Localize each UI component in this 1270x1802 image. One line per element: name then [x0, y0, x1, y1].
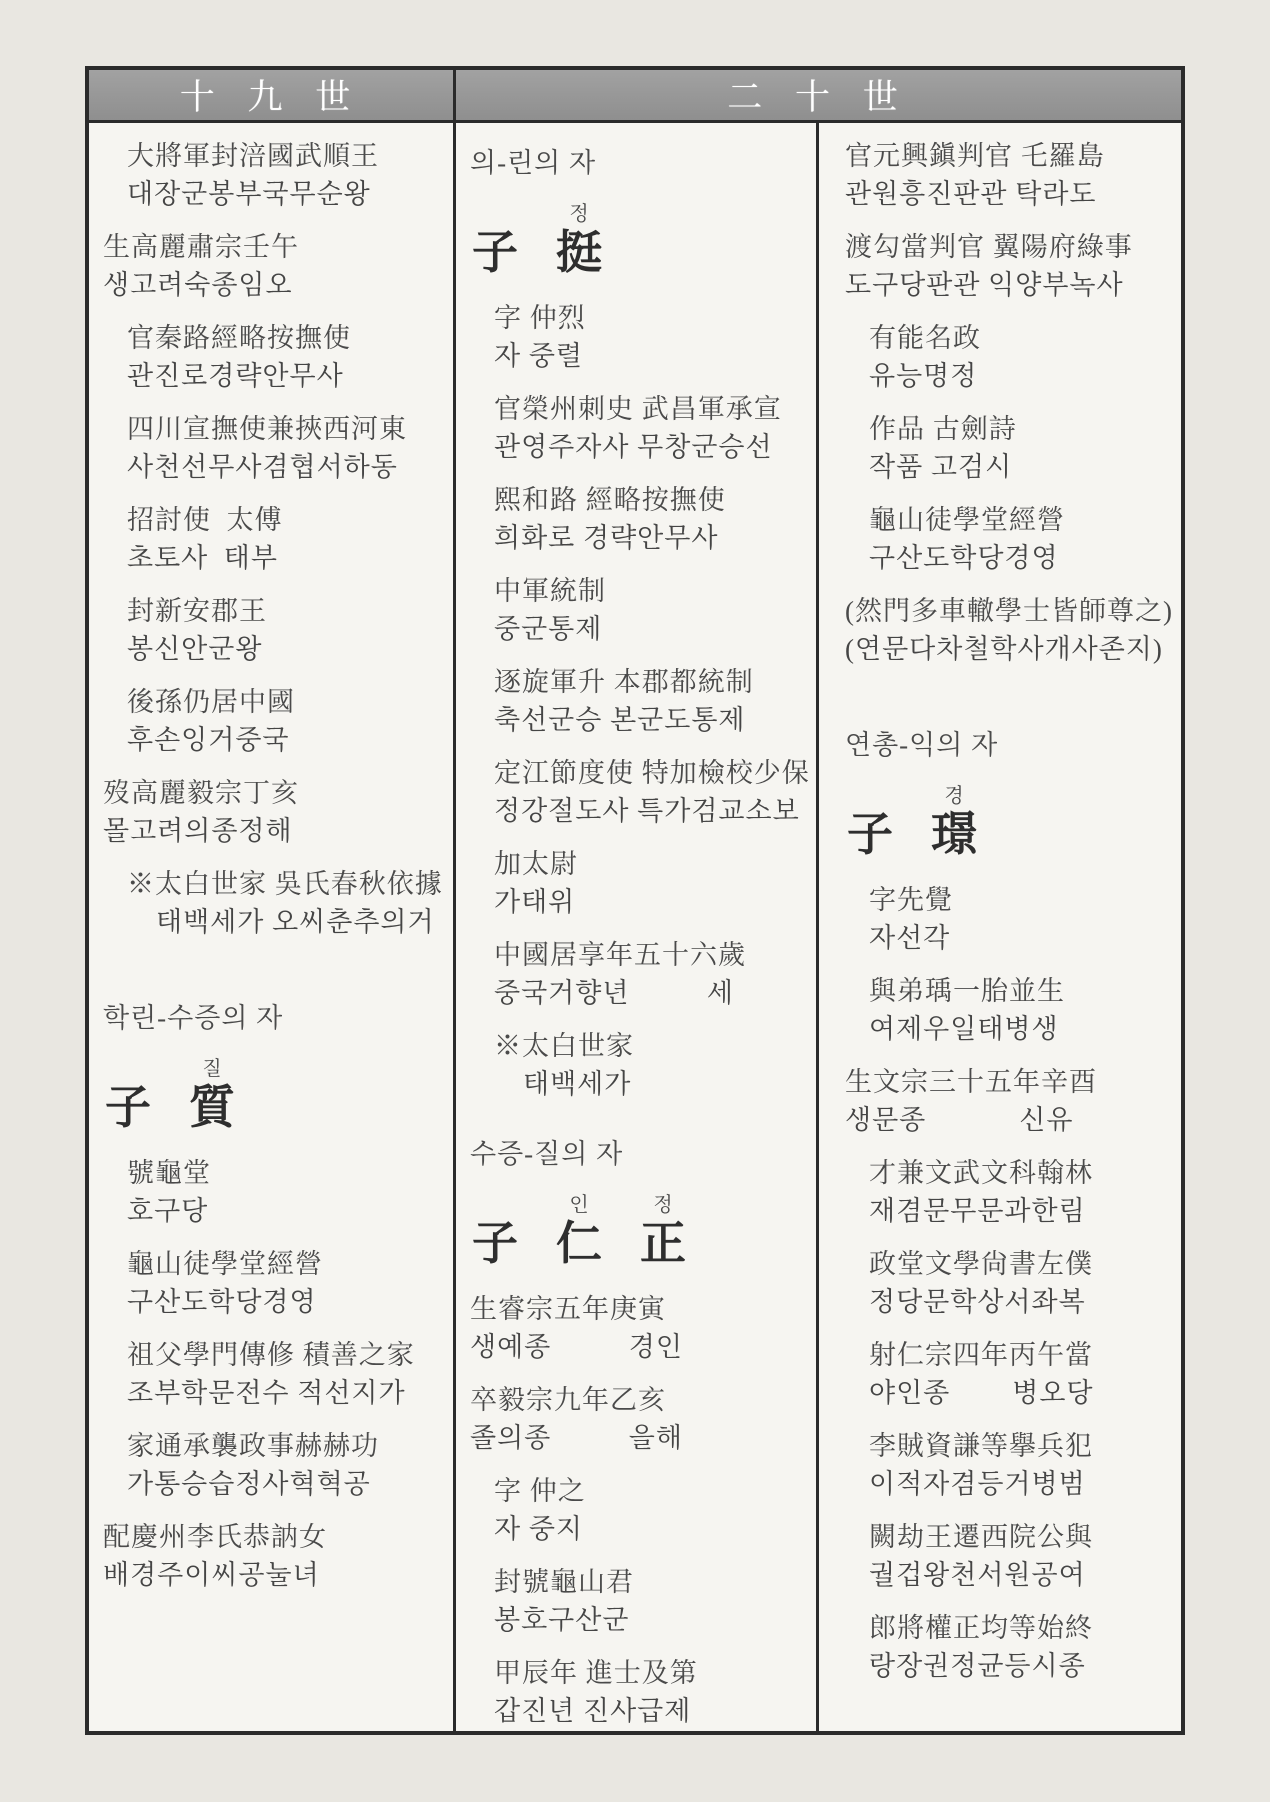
name-segment: 정正: [640, 1192, 686, 1270]
hanja-line: 封號龜山君: [494, 1563, 810, 1601]
scanned-genealogy-page: { "colors":{ "page_bg":"#e9e7e1","paper_…: [0, 0, 1270, 1802]
hanja-line: 渡勾當判官 翼陽府綠事: [845, 228, 1175, 266]
entry: 才兼文武文科翰林재겸문무문과한림: [869, 1154, 1175, 1230]
entry: 字 仲之자 중지: [494, 1472, 810, 1548]
generation-19-header: 十 九 世: [89, 70, 456, 120]
column-generation-20-first: 의-린의 자子정挺字 仲烈자 중렬官榮州刺史 武昌軍承宣관영주자사 무창군승선熙…: [456, 123, 819, 1731]
hanja-line: 家通承襲政事赫赫功: [127, 1427, 447, 1465]
hanja-line: ※太白世家 吳氏春秋依據: [127, 865, 447, 903]
hangul-line: 자선각: [869, 919, 1175, 957]
genealogy-table: 十 九 世 二 十 世 大將軍封涪國武順王대장군봉부국무순왕生高麗肅宗壬午생고려…: [85, 66, 1185, 1735]
name-ruby: 질: [202, 1056, 221, 1082]
entry: 封號龜山君봉호구산군: [494, 1563, 810, 1639]
section-header: 수증-질의 자: [470, 1134, 810, 1174]
hangul-line: 조부학문전수 적선지가: [127, 1374, 447, 1412]
hangul-line: 초토사 태부: [127, 539, 447, 577]
hangul-line: 봉호구산군: [494, 1601, 810, 1639]
hangul-line: 랑장권정균등시종: [869, 1647, 1175, 1685]
entry: 配慶州李氏恭訥女배경주이씨공눌녀: [103, 1518, 447, 1594]
name-char: 璟: [931, 809, 977, 861]
entry: 有能名政유능명정: [869, 319, 1175, 395]
hangul-line: 중국거향년 세: [494, 974, 810, 1012]
hanja-line: 政堂文學尙書左僕: [869, 1245, 1175, 1283]
hangul-line: 자 중지: [494, 1510, 810, 1548]
hanja-line: 字 仲烈: [494, 299, 810, 337]
name-segment: 경璟: [931, 783, 977, 861]
hanja-line: 號龜堂: [127, 1154, 447, 1192]
hanja-line: 中軍統制: [494, 572, 810, 610]
hanja-line: 甲辰年 進士及第: [494, 1654, 810, 1692]
hanja-line: 官元興鎭判官 乇羅島: [845, 137, 1175, 175]
hangul-line: 사천선무사겸협서하동: [127, 448, 447, 486]
hangul-line: 호구당: [127, 1192, 447, 1230]
hangul-line: 갑진년 진사급제: [494, 1692, 810, 1730]
hangul-line: 여제우일태병생: [869, 1010, 1175, 1048]
entry: 熙和路 經略按撫使희화로 경략안무사: [494, 481, 810, 557]
hangul-line: 도구당판관 익양부녹사: [845, 266, 1175, 304]
name-segment: 子: [472, 201, 518, 279]
name-char: 子: [105, 1082, 151, 1134]
entry: 射仁宗四年丙午當야인종 병오당: [869, 1336, 1175, 1412]
column-generation-20-second: 官元興鎭判官 乇羅島관원흥진판관 탁라도渡勾當判官 翼陽府綠事도구당판관 익양부…: [819, 123, 1181, 1731]
entry: 中軍統制중군통제: [494, 572, 810, 648]
entry: 闕劫王遷西院公與궐겁왕천서원공여: [869, 1518, 1175, 1594]
entry: 招討使 太傅초토사 태부: [127, 501, 447, 577]
hangul-line: 생문종 신유: [845, 1101, 1175, 1139]
hanja-line: 熙和路 經略按撫使: [494, 481, 810, 519]
hangul-line: 관진로경략안무사: [127, 357, 447, 395]
entry: 龜山徒學堂經營구산도학당경영: [869, 501, 1175, 577]
entry: 字 仲烈자 중렬: [494, 299, 810, 375]
hangul-line: 태백세가: [494, 1065, 810, 1103]
name-ruby: 인: [569, 1192, 588, 1218]
hanja-line: 李賊資謙等擧兵犯: [869, 1427, 1175, 1465]
hanja-line: ※太白世家: [494, 1027, 810, 1065]
section-header: 학린-수증의 자: [103, 998, 447, 1038]
name-entry: 子질質: [105, 1056, 447, 1134]
entry: 龜山徒學堂經營구산도학당경영: [127, 1245, 447, 1321]
name-char: 正: [640, 1218, 686, 1270]
name-entry: 子인仁정正: [472, 1192, 810, 1270]
hanja-line: 龜山徒學堂經營: [127, 1245, 447, 1283]
name-segment: 인仁: [556, 1192, 602, 1270]
entry: 官元興鎭判官 乇羅島관원흥진판관 탁라도: [845, 137, 1175, 213]
note-entry: ※太白世家태백세가: [494, 1027, 810, 1103]
entry: 四川宣撫使兼挾西河東사천선무사겸협서하동: [127, 410, 447, 486]
name-segment: 정挺: [556, 201, 602, 279]
name-segment: 子: [472, 1192, 518, 1270]
hangul-line: (연문다차철학사개사존지): [845, 630, 1175, 668]
hangul-line: 중군통제: [494, 610, 810, 648]
entry: 與弟瑀一胎並生여제우일태병생: [869, 972, 1175, 1048]
name-segment: 子: [847, 783, 893, 861]
hanja-line: 後孫仍居中國: [127, 683, 447, 721]
hangul-line: 궐겁왕천서원공여: [869, 1556, 1175, 1594]
name-char: 子: [472, 1218, 518, 1270]
hangul-line: 축선군승 본군도통제: [494, 701, 810, 739]
entry: 後孫仍居中國후손잉거중국: [127, 683, 447, 759]
hanja-line: 卒毅宗九年乙亥: [470, 1381, 810, 1419]
name-char: 質: [189, 1082, 235, 1134]
name-ruby: 정: [653, 1192, 672, 1218]
hanja-line: 中國居享年五十六歲: [494, 936, 810, 974]
entry: 生睿宗五年庚寅생예종 경인: [470, 1290, 810, 1366]
generation-header-row: 十 九 世 二 十 世: [89, 70, 1181, 123]
hanja-line: 官榮州刺史 武昌軍承宣: [494, 390, 810, 428]
hanja-line: 字 仲之: [494, 1472, 810, 1510]
hanja-line: 歿高麗毅宗丁亥: [103, 774, 447, 812]
entry: 官秦路經略按撫使관진로경략안무사: [127, 319, 447, 395]
name-segment: 子: [105, 1056, 151, 1134]
entry: 加太尉가태위: [494, 845, 810, 921]
hangul-line: 야인종 병오당: [869, 1374, 1175, 1412]
hanja-line: 四川宣撫使兼挾西河東: [127, 410, 447, 448]
name-char: 仁: [556, 1218, 602, 1270]
hangul-line: 관원흥진판관 탁라도: [845, 175, 1175, 213]
section-header: 연총-익의 자: [845, 725, 1175, 765]
entry: 號龜堂호구당: [127, 1154, 447, 1230]
hangul-line: 관영주자사 무창군승선: [494, 428, 810, 466]
hanja-line: (然門多車轍學士皆師尊之): [845, 592, 1175, 630]
hanja-line: 生睿宗五年庚寅: [470, 1290, 810, 1328]
hanja-line: 定江節度使 特加檢校少保: [494, 754, 810, 792]
hanja-line: 配慶州李氏恭訥女: [103, 1518, 447, 1556]
hangul-line: 봉신안군왕: [127, 630, 447, 668]
entry: 郎將權正均等始終랑장권정균등시종: [869, 1609, 1175, 1685]
name-char: 子: [847, 809, 893, 861]
entry: (然門多車轍學士皆師尊之)(연문다차철학사개사존지): [845, 592, 1175, 668]
entry: 大將軍封涪國武順王대장군봉부국무순왕: [127, 137, 447, 213]
entry: 卒毅宗九年乙亥졸의종 을해: [470, 1381, 810, 1457]
entry: 生文宗三十五年辛酉생문종 신유: [845, 1063, 1175, 1139]
table-body: 大將軍封涪國武順王대장군봉부국무순왕生高麗肅宗壬午생고려숙종임오官秦路經略按撫使…: [89, 123, 1181, 1731]
hangul-line: 정강절도사 특가검교소보: [494, 792, 810, 830]
name-char: 挺: [556, 227, 602, 279]
entry: 甲辰年 進士及第갑진년 진사급제: [494, 1654, 810, 1730]
hanja-line: 作品 古劍詩: [869, 410, 1175, 448]
hangul-line: 생고려숙종임오: [103, 266, 447, 304]
entry: 政堂文學尙書左僕정당문학상서좌복: [869, 1245, 1175, 1321]
generation-20-header: 二 十 世: [456, 70, 1181, 120]
hangul-line: 작품 고검시: [869, 448, 1175, 486]
hanja-line: 闕劫王遷西院公與: [869, 1518, 1175, 1556]
hangul-line: 졸의종 을해: [470, 1419, 810, 1457]
hangul-line: 가통승습정사혁혁공: [127, 1465, 447, 1503]
hangul-line: 가태위: [494, 883, 810, 921]
entry: 作品 古劍詩작품 고검시: [869, 410, 1175, 486]
hangul-line: 배경주이씨공눌녀: [103, 1556, 447, 1594]
name-ruby: 경: [944, 783, 963, 809]
hanja-line: 逐旋軍升 本郡都統制: [494, 663, 810, 701]
name-entry: 子정挺: [472, 201, 810, 279]
hangul-line: 이적자겸등거병범: [869, 1465, 1175, 1503]
entry: 定江節度使 特加檢校少保정강절도사 특가검교소보: [494, 754, 810, 830]
hangul-line: 정당문학상서좌복: [869, 1283, 1175, 1321]
hanja-line: 祖父學門傳修 積善之家: [127, 1336, 447, 1374]
note-entry: ※太白世家 吳氏春秋依據태백세가 오씨춘추의거: [127, 865, 447, 941]
entry: 李賊資謙等擧兵犯이적자겸등거병범: [869, 1427, 1175, 1503]
hangul-line: 후손잉거중국: [127, 721, 447, 759]
hangul-line: 대장군봉부국무순왕: [127, 175, 447, 213]
hangul-line: 재겸문무문과한림: [869, 1192, 1175, 1230]
hangul-line: 희화로 경략안무사: [494, 519, 810, 557]
entry: 中國居享年五十六歲중국거향년 세: [494, 936, 810, 1012]
entry: 官榮州刺史 武昌軍承宣관영주자사 무창군승선: [494, 390, 810, 466]
hanja-line: 字先覺: [869, 881, 1175, 919]
column-generation-19: 大將軍封涪國武順王대장군봉부국무순왕生高麗肅宗壬午생고려숙종임오官秦路經略按撫使…: [89, 123, 456, 1731]
hanja-line: 加太尉: [494, 845, 810, 883]
hanja-line: 官秦路經略按撫使: [127, 319, 447, 357]
entry: 家通承襲政事赫赫功가통승습정사혁혁공: [127, 1427, 447, 1503]
entry: 歿高麗毅宗丁亥몰고려의종정해: [103, 774, 447, 850]
hanja-line: 招討使 太傅: [127, 501, 447, 539]
hanja-line: 與弟瑀一胎並生: [869, 972, 1175, 1010]
hangul-line: 유능명정: [869, 357, 1175, 395]
hanja-line: 龜山徒學堂經營: [869, 501, 1175, 539]
spacer: [470, 1118, 810, 1128]
hanja-line: 郎將權正均等始終: [869, 1609, 1175, 1647]
hangul-line: 생예종 경인: [470, 1328, 810, 1366]
entry: 生高麗肅宗壬午생고려숙종임오: [103, 228, 447, 304]
name-ruby: 정: [569, 201, 588, 227]
spacer: [103, 956, 447, 992]
hangul-line: 자 중렬: [494, 337, 810, 375]
hangul-line: 몰고려의종정해: [103, 812, 447, 850]
hanja-line: 封新安郡王: [127, 592, 447, 630]
section-header: 의-린의 자: [470, 143, 810, 183]
entry: 渡勾當判官 翼陽府綠事도구당판관 익양부녹사: [845, 228, 1175, 304]
entry: 逐旋軍升 本郡都統制축선군승 본군도통제: [494, 663, 810, 739]
hangul-line: 태백세가 오씨춘추의거: [127, 903, 447, 941]
hanja-line: 有能名政: [869, 319, 1175, 357]
name-segment: 질質: [189, 1056, 235, 1134]
entry: 祖父學門傳修 積善之家조부학문전수 적선지가: [127, 1336, 447, 1412]
hangul-line: 구산도학당경영: [127, 1283, 447, 1321]
name-char: 子: [472, 227, 518, 279]
entry: 字先覺자선각: [869, 881, 1175, 957]
name-entry: 子경璟: [847, 783, 1175, 861]
hanja-line: 大將軍封涪國武順王: [127, 137, 447, 175]
hanja-line: 射仁宗四年丙午當: [869, 1336, 1175, 1374]
hanja-line: 才兼文武文科翰林: [869, 1154, 1175, 1192]
hanja-line: 生高麗肅宗壬午: [103, 228, 447, 266]
entry: 封新安郡王봉신안군왕: [127, 592, 447, 668]
hanja-line: 生文宗三十五年辛酉: [845, 1063, 1175, 1101]
spacer: [845, 683, 1175, 719]
hangul-line: 구산도학당경영: [869, 539, 1175, 577]
